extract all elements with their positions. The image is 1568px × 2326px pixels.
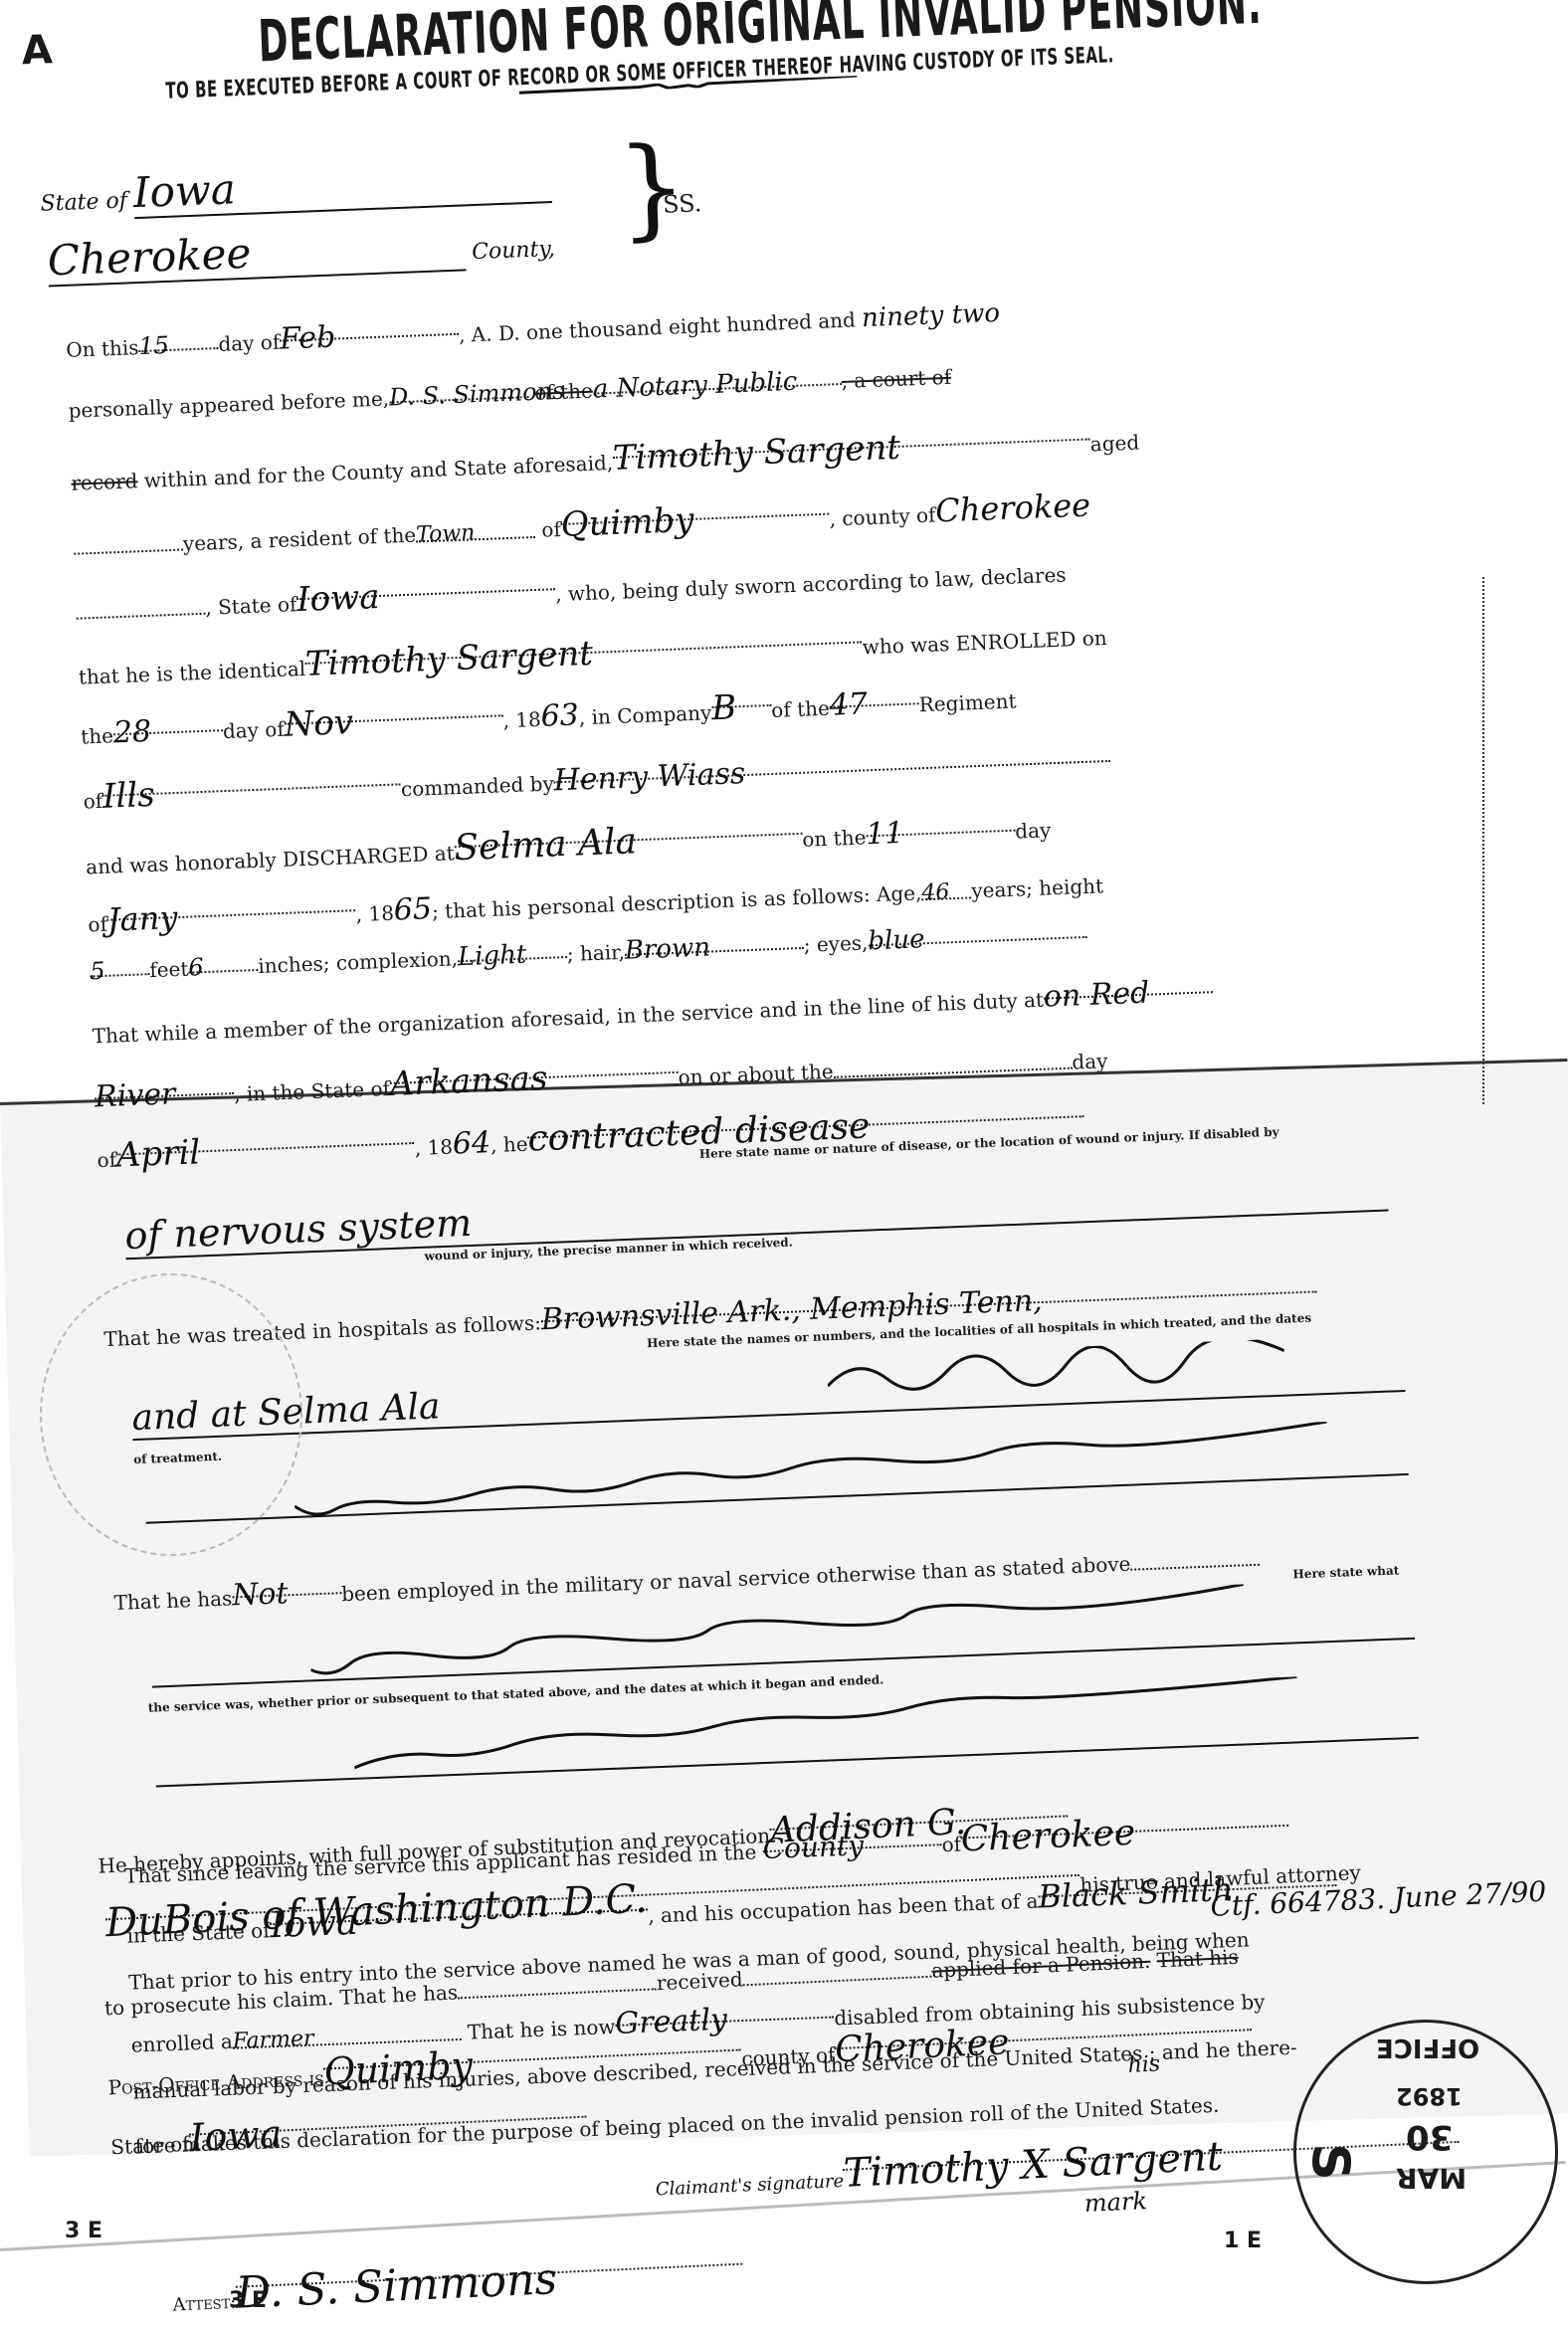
attest-signature-field[interactable]: D. S. Simmons	[235, 2245, 742, 2288]
margin-mark-bottom-right: 1 E	[1224, 2229, 1262, 2253]
p7-line-3: to prosecute his claim. That he hasrecei…	[103, 1944, 1239, 2021]
po-address-field[interactable]: Quimby	[322, 2031, 740, 2069]
po-county-field[interactable]: Cherokee	[834, 2011, 1252, 2049]
has-field[interactable]	[458, 1970, 658, 1999]
p7-line-4: Post-Office Address isQuimbycounty ofChe…	[106, 2008, 1253, 2099]
postmark-month: MAR	[1396, 2162, 1467, 2195]
attorney-field[interactable]: Addison G.	[769, 1797, 1069, 1831]
margin-perforation	[1482, 577, 1484, 1104]
margin-mark-bottom-left: 3 E	[65, 2219, 102, 2243]
lower-form-section: He hereby appoints, with full power of s…	[0, 0, 1568, 2325]
po-state-field[interactable]: Iowa	[188, 2098, 586, 2136]
faint-seal	[40, 1273, 302, 1556]
postmark-year: 1892	[1396, 2082, 1463, 2110]
postmark-day: 30	[1406, 2117, 1453, 2157]
his-mark-label: his	[1127, 2051, 1161, 2077]
postmark-stamp: OFFICE 1892 30 MAR S	[1293, 2020, 1558, 2284]
margin-mark-bottom-center: 3 E	[229, 2288, 267, 2313]
p7-line-5: State ofIowa	[109, 2098, 588, 2160]
postmark-arc-text: OFFICE	[1376, 2033, 1479, 2062]
postmark-letter: S	[1300, 2143, 1360, 2180]
mark-label: mark	[1083, 2187, 1147, 2218]
